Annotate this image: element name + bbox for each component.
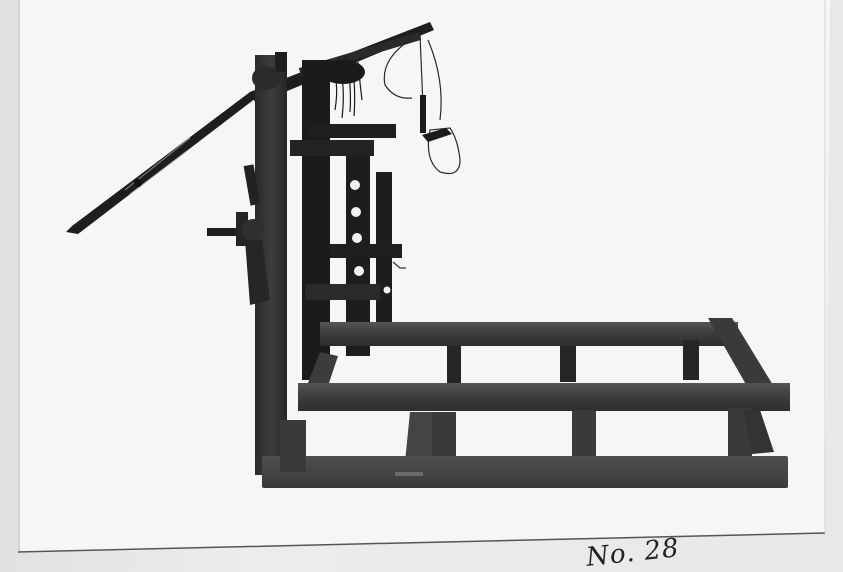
diagonal-beam	[66, 92, 256, 234]
back-rail	[320, 322, 738, 346]
hanging-harness	[384, 35, 460, 174]
crossbar-2	[290, 140, 374, 156]
loom-photo	[0, 0, 843, 572]
post-knob	[252, 66, 280, 90]
middle-crossbar	[330, 244, 402, 258]
lower-crossbar	[305, 284, 380, 300]
front-rail	[298, 383, 790, 411]
upper-crossbar	[310, 124, 396, 138]
base-rail	[262, 456, 788, 488]
